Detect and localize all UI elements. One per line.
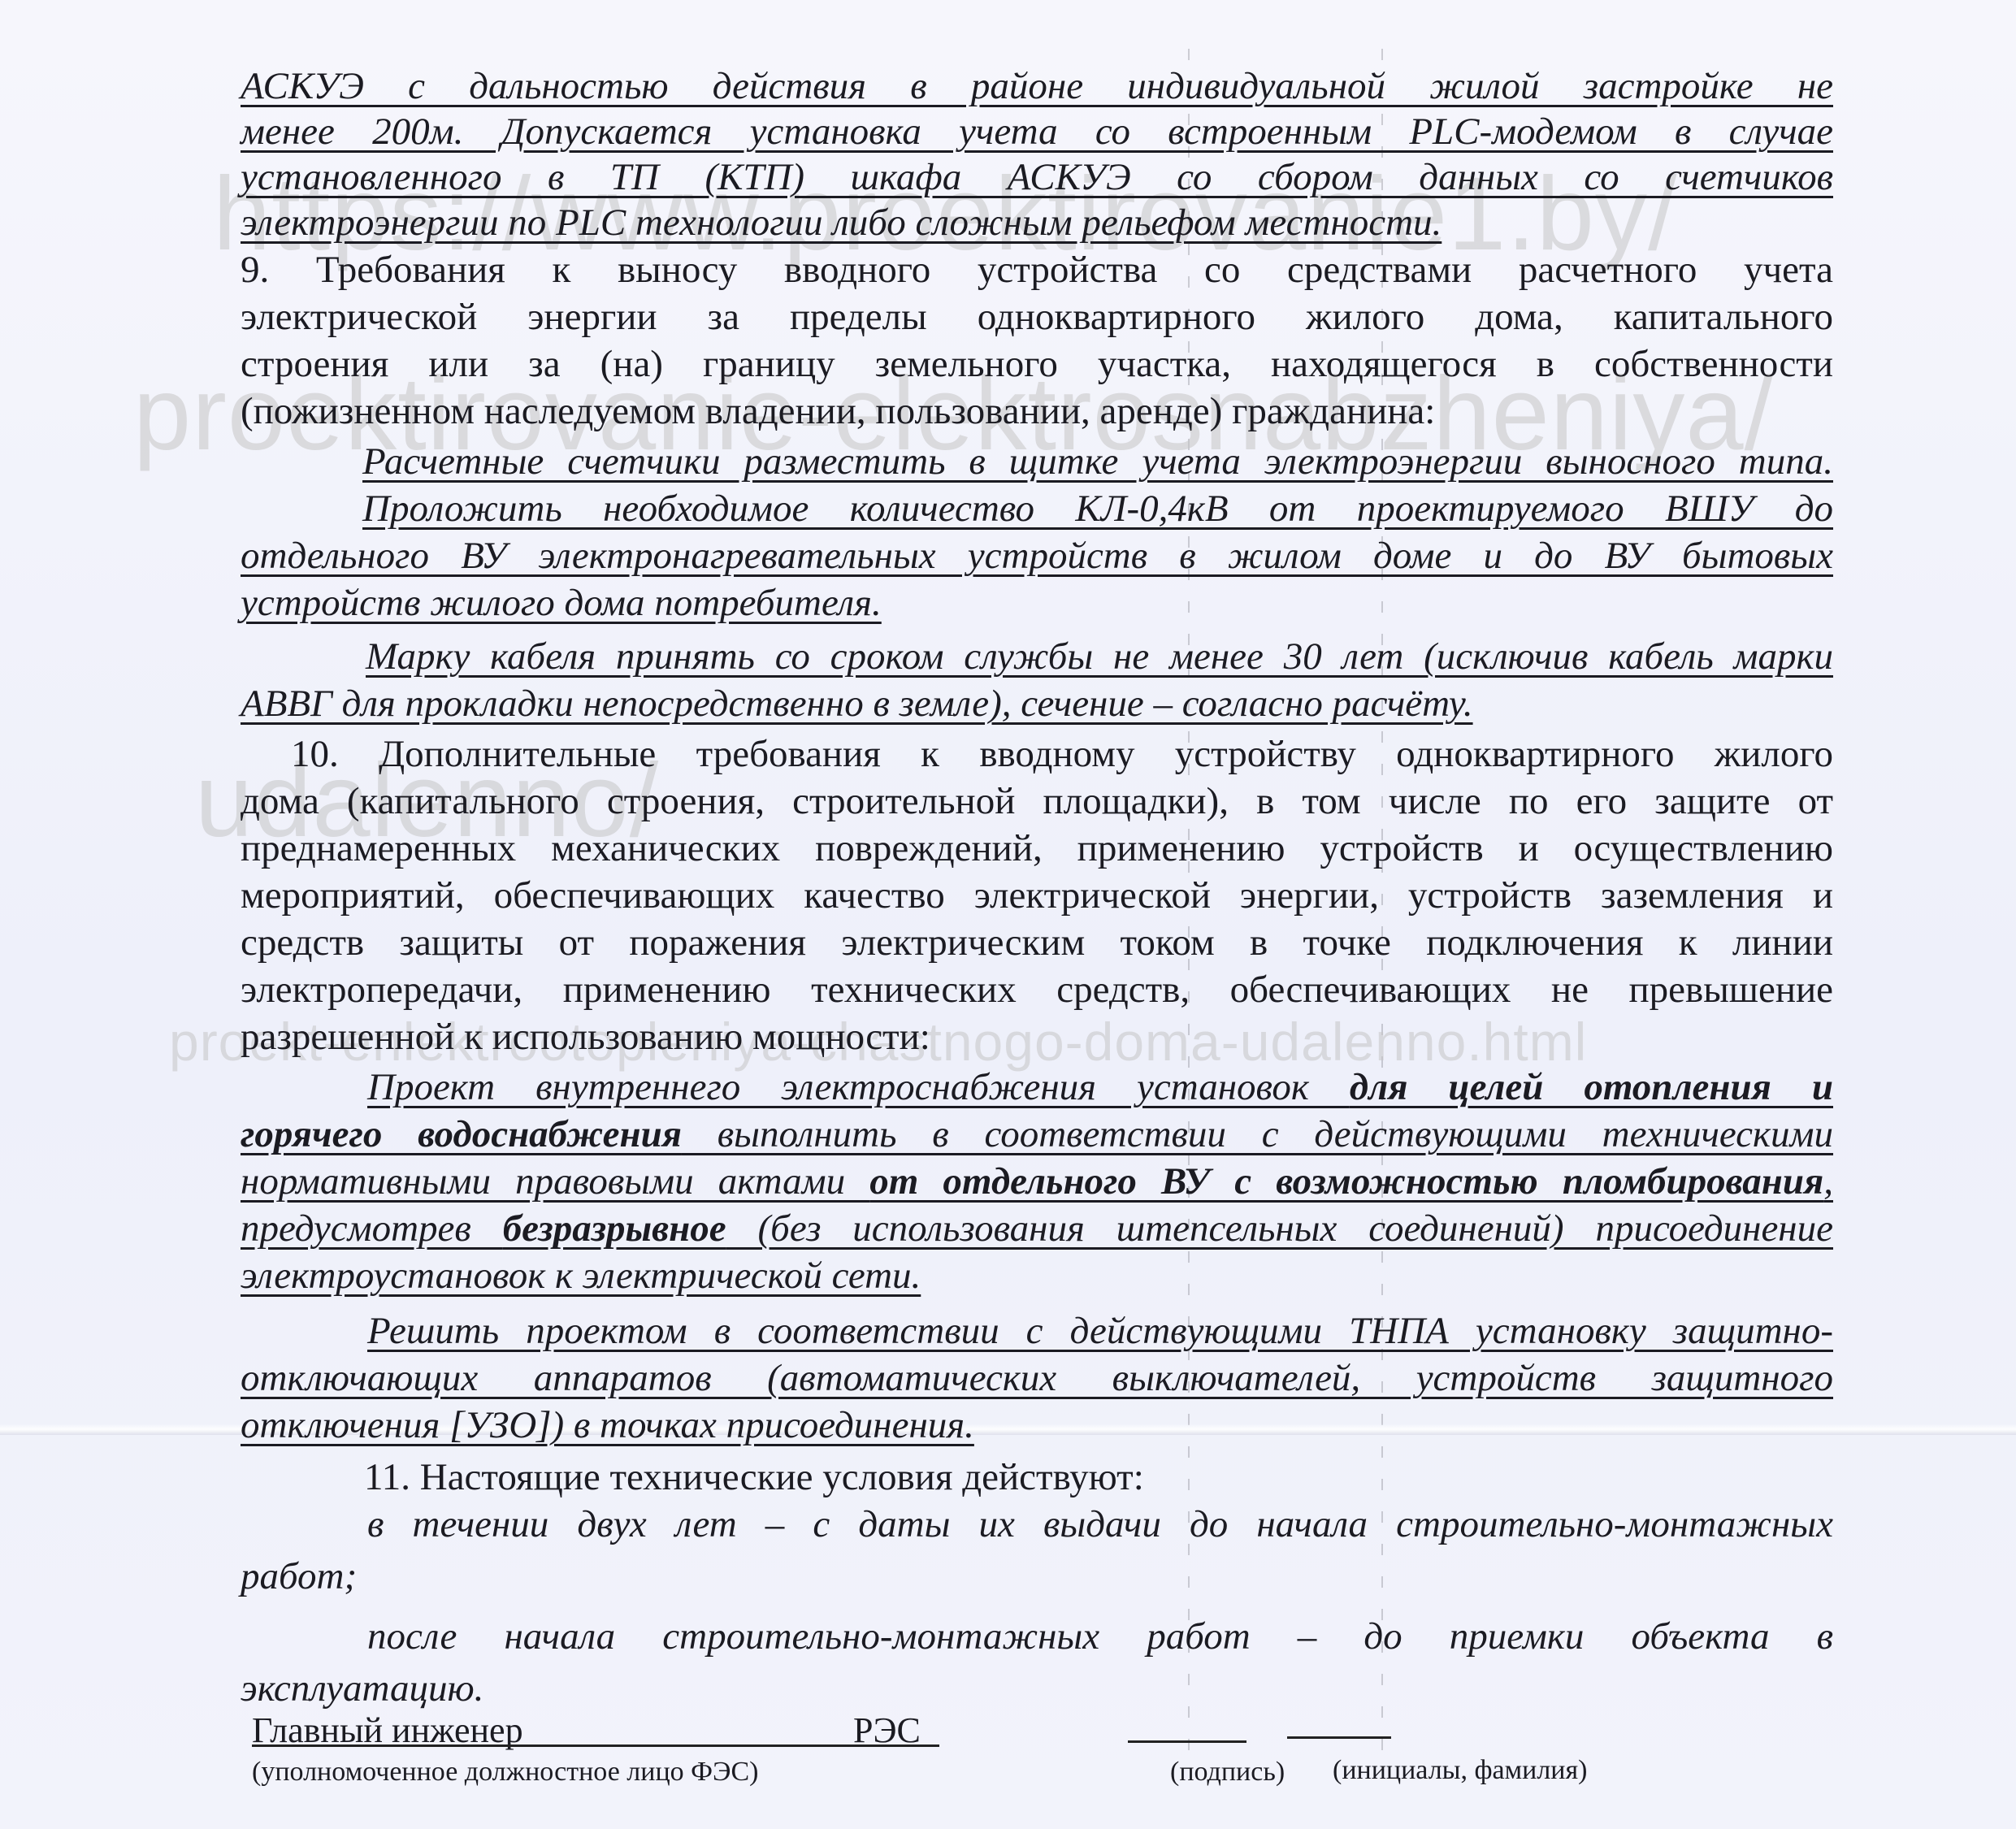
answer-text: предусмотрев xyxy=(241,1207,503,1250)
section-10-answer-line: нормативными правовыми актами от отдельн… xyxy=(241,1159,1833,1204)
section-9-heading: 9. Требования к выносу вводного устройст… xyxy=(241,247,1833,293)
section-10-answer-line: электроустановок к электрической сети. xyxy=(241,1253,1833,1298)
section-9-line: электрической энергии за пределы одноква… xyxy=(241,294,1833,340)
section-10-answer-line: Решить проектом в соответствии с действу… xyxy=(367,1308,1833,1354)
section-10-line: преднамеренных механических повреждений,… xyxy=(241,826,1833,871)
position-caption: (уполномоченное должностное лицо ФЭС) xyxy=(252,1757,758,1788)
answer-bold-text: от отдельного ВУ с возможностью пломбиро… xyxy=(869,1160,1823,1203)
section-11-line: работ; xyxy=(241,1554,1833,1599)
name-line[interactable] xyxy=(1287,1736,1391,1739)
section-10-line: электропередачи, применению технических … xyxy=(241,967,1833,1012)
intro-line: менее 200м. Допускается установка учета … xyxy=(241,109,1833,154)
section-9-answer: Марку кабеля принять со сроком службы не… xyxy=(366,634,1833,679)
section-10-answer-line: Проект внутреннего электроснабжения уста… xyxy=(367,1064,1833,1110)
intro-line: электроэнергии по PLC технологии либо сл… xyxy=(241,200,1833,245)
section-10-answer-line: отключения [УЗО]) в точках присоединения… xyxy=(241,1402,1833,1448)
section-9-answer: Проложить необходимое количество КЛ-0,4к… xyxy=(362,486,1833,531)
section-10-answer-line: предусмотрев безразрывное (без использов… xyxy=(241,1206,1833,1251)
section-9-answer: Расчетные счетчики разместить в щитке уч… xyxy=(362,439,1833,484)
section-11-line: в течении двух лет – с даты их выдачи до… xyxy=(367,1502,1833,1547)
position-underline xyxy=(252,1744,939,1747)
answer-text: , xyxy=(1823,1160,1833,1203)
section-9-answer: отдельного ВУ электронагревательных устр… xyxy=(241,533,1833,579)
section-10-heading: 10. Дополнительные требования к вводному… xyxy=(291,731,1833,777)
section-10-line: средств защиты от поражения электрически… xyxy=(241,920,1833,965)
section-9-answer: АВВГ для прокладки непосредственно в зем… xyxy=(241,681,1833,726)
intro-line: установленного в ТП (КТП) шкафа АСКУЭ со… xyxy=(241,154,1833,200)
section-10-line: разрешенной к использованию мощности: xyxy=(241,1014,1833,1060)
section-9-answer: устройств жилого дома потребителя. xyxy=(241,580,1833,626)
section-11-line: эксплуатацию. xyxy=(241,1666,1833,1711)
answer-text: выполнить в соответствии с действующими … xyxy=(682,1113,1833,1155)
section-11-line: после начала строительно-монтажных работ… xyxy=(367,1614,1833,1659)
section-10-line: дома (капитального строения, строительно… xyxy=(241,778,1833,824)
signature-line[interactable] xyxy=(1128,1740,1246,1743)
answer-bold-text: горячего водоснабжения xyxy=(241,1113,682,1155)
answer-bold-text: безразрывное xyxy=(503,1207,726,1250)
answer-text: нормативными правовыми актами xyxy=(241,1160,869,1203)
intro-line: АСКУЭ с дальностью действия в районе инд… xyxy=(241,63,1833,109)
section-10-answer-line: горячего водоснабжения выполнить в соотв… xyxy=(241,1112,1833,1157)
section-10-line: мероприятий, обеспечивающих качество эле… xyxy=(241,873,1833,918)
section-9-line: (пожизненном наследуемом владении, польз… xyxy=(241,388,1833,434)
answer-text: Проект внутреннего электроснабжения уста… xyxy=(367,1066,1350,1108)
name-caption: (инициалы, фамилия) xyxy=(1333,1755,1587,1786)
answer-text: (без использования штепсельных соединени… xyxy=(726,1207,1833,1250)
section-10-answer-line: отключающих аппаратов (автоматических вы… xyxy=(241,1355,1833,1401)
signature-caption: (подпись) xyxy=(1170,1757,1285,1788)
answer-bold-text: для целей отопления и xyxy=(1350,1066,1833,1108)
section-9-line: строения или за (на) границу земельного … xyxy=(241,341,1833,387)
section-11-heading: 11. Настоящие технические условия действ… xyxy=(364,1454,1833,1500)
